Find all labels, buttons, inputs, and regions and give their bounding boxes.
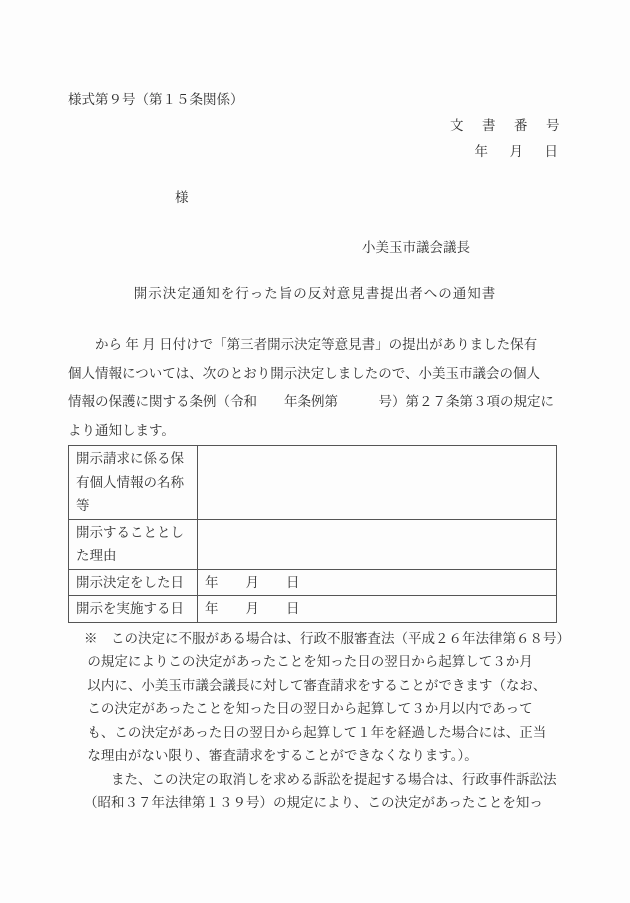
note-line: また、この決定の取消しを求める訴訟を提起する場合は、行政事件訴訟法 — [84, 768, 562, 792]
note-line: この決定があったことを知った日の翌日から起算して３か月以内であって — [84, 697, 562, 721]
sender-name: 小美玉市議会議長 — [68, 238, 562, 258]
table-label-information-name: 開示請求に係る保有個人情報の名称等 — [69, 446, 198, 520]
note-line: な理由がない限り、審査請求をすることができなくなります。）。 — [84, 744, 562, 768]
note-line: も、この決定があった日の翌日から起算して１年を経過した場合には、正当 — [84, 721, 562, 745]
table-row: 開示決定をした日 年 月 日 — [69, 569, 557, 596]
table-value-decision-date: 年 月 日 — [198, 569, 557, 596]
body-line: 個人情報については、次のとおり開示決定しましたので、小美玉市議会の個人 — [68, 360, 562, 389]
date-placeholder: 年 月 日 — [68, 142, 562, 162]
table-label-implementation-date: 開示を実施する日 — [69, 596, 198, 623]
table-row: 開示請求に係る保有個人情報の名称等 — [69, 446, 557, 520]
note-line: （昭和３７年法律第１３９号）の規定により、この決定があったことを知っ — [84, 791, 562, 815]
body-line: 情報の保護に関する条例（令和 年条例第 号）第２７条第３項の規定に — [68, 388, 562, 417]
table-value-information-name — [198, 446, 557, 520]
note-line: 以内に、小美玉市議会議長に対して審査請求をすることができます（なお、 — [84, 674, 562, 698]
document-number-placeholder: 文 書 番 号 — [68, 116, 562, 136]
document-title: 開示決定通知を行った旨の反対意見書提出者への通知書 — [68, 284, 562, 304]
table-row: 開示を実施する日 年 月 日 — [69, 596, 557, 623]
body-line: より通知します。 — [68, 417, 562, 446]
note-line: の規定によりこの決定があったことを知った日の翌日から起算して３か月 — [84, 650, 562, 674]
form-number: 様式第９号（第１５条関係） — [68, 90, 562, 110]
note-line: ※ この決定に不服がある場合は、行政不服審査法（平成２６年法律第６８号） — [84, 627, 562, 651]
table-value-disclosure-reason — [198, 519, 557, 569]
appeal-notes: ※ この決定に不服がある場合は、行政不服審査法（平成２６年法律第６８号） の規定… — [68, 627, 562, 815]
table-value-implementation-date: 年 月 日 — [198, 596, 557, 623]
body-line: から 年 月 日付けで「第三者開示決定等意見書」の提出がありました保有 — [68, 331, 562, 360]
body-paragraph: から 年 月 日付けで「第三者開示決定等意見書」の提出がありました保有 個人情報… — [68, 331, 562, 445]
addressee-honorific: 様 — [68, 188, 562, 208]
decision-table: 開示請求に係る保有個人情報の名称等 開示することとした理由 開示決定をした日 年… — [68, 445, 557, 623]
table-label-disclosure-reason: 開示することとした理由 — [69, 519, 198, 569]
table-row: 開示することとした理由 — [69, 519, 557, 569]
document-page: 様式第９号（第１５条関係） 文 書 番 号 年 月 日 様 小美玉市議会議長 開… — [0, 0, 630, 903]
table-label-decision-date: 開示決定をした日 — [69, 569, 198, 596]
